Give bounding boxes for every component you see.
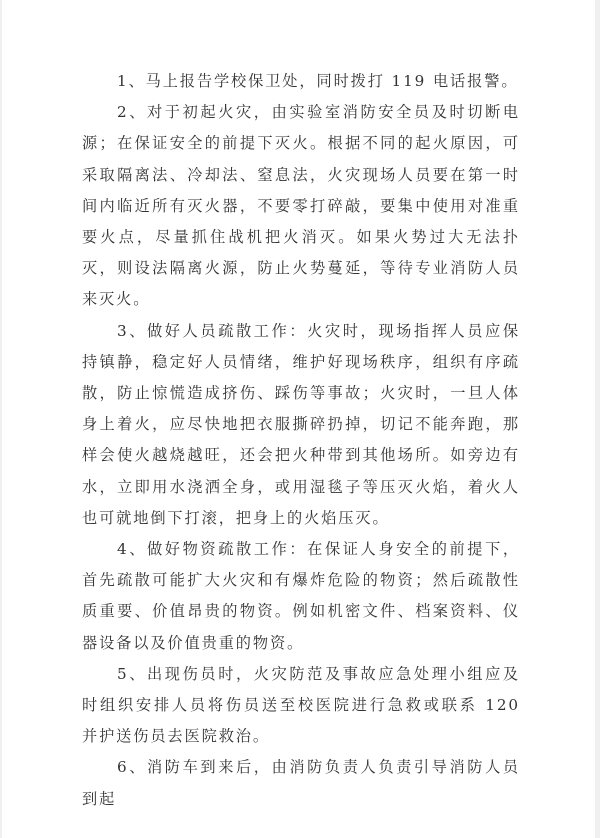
paragraph-fire-truck-arrival: 6、消防车到来后，由消防负责人负责引导消防人员到起: [82, 752, 520, 814]
paragraph-initial-fire: 2、对于初起火灾，由实验室消防安全员及时切断电源；在保证安全的前提下灭火。根据不…: [82, 97, 520, 315]
document-page: 1、马上报告学校保卫处，同时拨打 119 电话报警。 2、对于初起火灾，由实验室…: [2, 0, 595, 838]
paragraph-injured-persons: 5、出现伤员时，火灾防范及事故应急处理小组应及时组织安排人员将伤员送至校医院进行…: [82, 659, 520, 753]
paragraph-report-alarm: 1、马上报告学校保卫处，同时拨打 119 电话报警。: [82, 66, 520, 97]
document-body: 1、马上报告学校保卫处，同时拨打 119 电话报警。 2、对于初起火灾，由实验室…: [82, 66, 520, 815]
paragraph-personnel-evacuation: 3、做好人员疏散工作：火灾时，现场指挥人员应保持镇静，稳定好人员情绪，维护好现场…: [82, 316, 520, 534]
paragraph-material-evacuation: 4、做好物资疏散工作：在保证人身安全的前提下，首先疏散可能扩大火灾和有爆炸危险的…: [82, 534, 520, 659]
